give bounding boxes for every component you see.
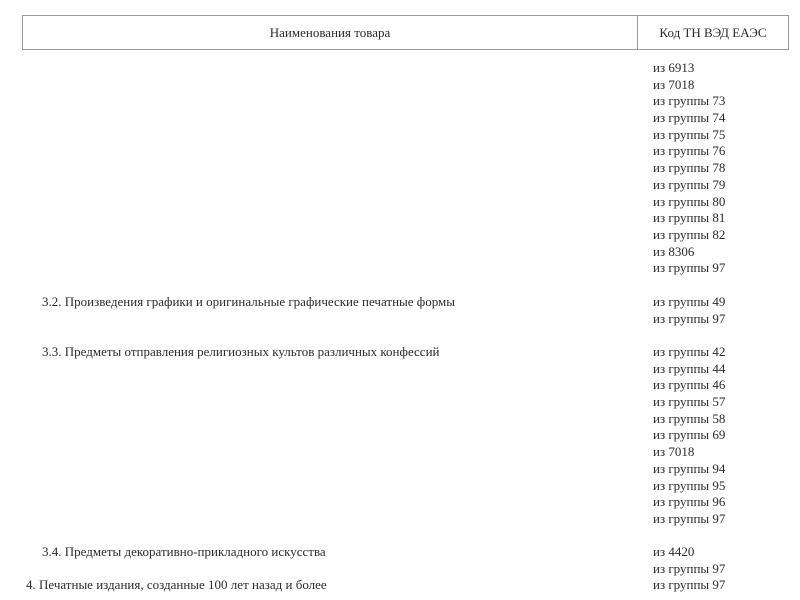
row-3-2-codes: из группы 49 из группы 97 (653, 294, 725, 327)
code-item: из группы 80 (653, 194, 725, 211)
code-item: из группы 78 (653, 160, 725, 177)
code-item: из группы 79 (653, 177, 725, 194)
code-item: из 7018 (653, 444, 725, 461)
code-item: из группы 44 (653, 361, 725, 378)
row-4-name: 4. Печатные издания, созданные 100 лет н… (26, 577, 327, 594)
code-item: из 8306 (653, 244, 725, 261)
row-3-4-name: 3.4. Предметы декоративно-прикладного ис… (42, 544, 326, 561)
code-item: из 4420 (653, 544, 725, 561)
header-name-column: Наименования товара (23, 16, 638, 49)
code-item: из группы 42 (653, 344, 725, 361)
code-item: из группы 97 (653, 511, 725, 528)
header-name-label: Наименования товара (270, 25, 390, 41)
code-item: из группы 97 (653, 311, 725, 328)
code-item: из группы 74 (653, 110, 725, 127)
header-code-column: Код ТН ВЭД ЕАЭС (638, 16, 788, 49)
code-item: из группы 97 (653, 561, 725, 578)
row-3-2-name: 3.2. Произведения графики и оригинальные… (42, 294, 455, 311)
code-item: из группы 57 (653, 394, 725, 411)
row-3-3-codes: из группы 42 из группы 44 из группы 46 и… (653, 344, 725, 528)
code-item: из группы 73 (653, 93, 725, 110)
code-item: из группы 97 (653, 577, 725, 594)
code-item: из группы 81 (653, 210, 725, 227)
row-4-codes: из группы 97 (653, 577, 725, 594)
row-0-codes: из 6913 из 7018 из группы 73 из группы 7… (653, 60, 725, 277)
header-code-label: Код ТН ВЭД ЕАЭС (659, 25, 766, 41)
code-item: из группы 97 (653, 260, 725, 277)
code-item: из группы 75 (653, 127, 725, 144)
code-item: из группы 69 (653, 427, 725, 444)
table-header: Наименования товара Код ТН ВЭД ЕАЭС (22, 15, 789, 50)
code-item: из группы 95 (653, 478, 725, 495)
code-item: из группы 94 (653, 461, 725, 478)
row-3-3-name: 3.3. Предметы отправления религиозных ку… (42, 344, 440, 361)
code-item: из 7018 (653, 77, 725, 94)
row-3-4-codes: из 4420 из группы 97 (653, 544, 725, 577)
code-item: из группы 82 (653, 227, 725, 244)
code-item: из группы 76 (653, 143, 725, 160)
code-item: из группы 58 (653, 411, 725, 428)
code-item: из группы 46 (653, 377, 725, 394)
code-item: из группы 49 (653, 294, 725, 311)
code-item: из 6913 (653, 60, 725, 77)
code-item: из группы 96 (653, 494, 725, 511)
